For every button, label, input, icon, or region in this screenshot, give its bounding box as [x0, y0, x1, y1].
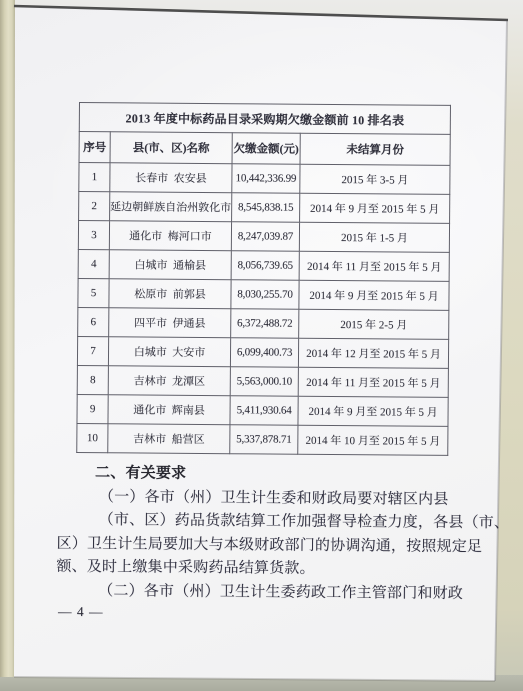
cell-name: 吉林市 船营区 — [108, 424, 230, 454]
cell-rank: 8 — [77, 365, 108, 394]
cell-months: 2014 年 11 月至 2015 年 5 月 — [299, 251, 449, 281]
cell-name: 白城市 大安市 — [108, 337, 230, 367]
col-header-amount: 欠缴金额(元) — [232, 133, 300, 165]
cell-rank: 6 — [78, 307, 109, 336]
cell-rank: 1 — [79, 163, 110, 192]
cell-amount: 5,563,000.10 — [230, 367, 298, 397]
cell-name: 长春市 农安县 — [110, 163, 232, 193]
cell-months: 2014 年 9 月至 2015 年 5 月 — [298, 396, 448, 426]
cell-amount: 10,442,336.99 — [232, 164, 300, 194]
cell-months: 2014 年 9 月至 2015 年 5 月 — [300, 193, 450, 223]
cell-months: 2014 年 12 月至 2015 年 5 月 — [298, 338, 448, 368]
cell-amount: 6,372,488.72 — [231, 309, 299, 339]
table-row: 1 长春市 农安县 10,442,336.99 2015 年 3-5 月 — [79, 163, 450, 195]
table-row: 9 通化市 辉南县 5,411,930.64 2014 年 9 月至 2015 … — [77, 394, 448, 426]
cell-name: 白城市 通榆县 — [109, 250, 231, 280]
body-text-line: 区）卫生计生局要加大与本级财政部门的协调沟通，按照规定足 — [56, 533, 476, 560]
cell-name: 吉林市 龙潭区 — [108, 366, 230, 396]
col-header-name: 县(市、区)名称 — [110, 132, 232, 164]
cell-amount: 8,247,039.87 — [231, 222, 299, 252]
cell-amount: 6,099,400.73 — [230, 338, 298, 368]
cell-amount: 8,056,739.65 — [231, 251, 299, 281]
body-text-line: （市、区）药品货款结算工作加强督导检查力度，各县（市、 — [57, 509, 477, 536]
body-text-line: 额、及时上缴集中采购药品结算货款。 — [56, 556, 476, 583]
body-text-line: （二）各市（州）卫生计生委药政工作主管部门和财政 — [56, 579, 476, 606]
table-row: 2 延边朝鲜族自治州敦化市 8,545,838.15 2014 年 9 月至 2… — [79, 192, 450, 224]
table-header-row: 序号 县(市、区)名称 欠缴金额(元) 未结算月份 — [79, 132, 450, 166]
cell-amount: 5,411,930.64 — [230, 396, 298, 426]
cell-rank: 9 — [77, 394, 108, 423]
cell-rank: 2 — [79, 192, 110, 221]
ranking-table: 2013 年度中标药品目录采购期欠缴金额前 10 排名表 序号 县(市、区)名称… — [76, 102, 451, 456]
cell-months: 2015 年 2-5 月 — [299, 309, 449, 339]
table-row: 8 吉林市 龙潭区 5,563,000.10 2014 年 11 月至 2015… — [77, 365, 448, 397]
table-row: 6 四平市 伊通县 6,372,488.72 2015 年 2-5 月 — [78, 307, 449, 339]
table-row: 5 松原市 前郭县 8,030,255.70 2014 年 9 月至 2015 … — [78, 278, 449, 310]
cell-name: 四平市 伊通县 — [109, 308, 231, 338]
cell-amount: 8,545,838.15 — [232, 193, 300, 223]
cell-months: 2015 年 1-5 月 — [299, 222, 449, 252]
scanned-page: 2013 年度中标药品目录采购期欠缴金额前 10 排名表 序号 县(市、区)名称… — [0, 0, 523, 691]
cell-amount: 5,337,878.71 — [230, 425, 298, 455]
cell-rank: 10 — [77, 423, 108, 452]
cell-rank: 4 — [78, 249, 109, 278]
cell-months: 2015 年 3-5 月 — [300, 164, 450, 194]
requirements-heading: 二、有关要求 — [57, 461, 477, 489]
table-title-row: 2013 年度中标药品目录采购期欠缴金额前 10 排名表 — [79, 103, 450, 135]
cell-months: 2014 年 9 月至 2015 年 5 月 — [299, 280, 449, 310]
cell-name: 通化市 梅河口市 — [109, 221, 231, 251]
cell-rank: 7 — [77, 336, 108, 365]
cell-name: 延边朝鲜族自治州敦化市 — [110, 192, 232, 222]
table-row: 10 吉林市 船营区 5,337,878.71 2014 年 10 月至 201… — [77, 423, 448, 455]
cell-name: 通化市 辉南县 — [108, 395, 230, 425]
cell-name: 松原市 前郭县 — [109, 279, 231, 309]
page-number: — 4 — — [58, 604, 104, 620]
cell-months: 2014 年 10 月至 2015 年 5 月 — [298, 425, 448, 455]
requirements-section: 二、有关要求 （一）各市（州）卫生计生委和财政局要对辖区内县 （市、区）药品货款… — [56, 461, 477, 606]
cell-months: 2014 年 11 月至 2015 年 5 月 — [298, 367, 448, 397]
table-row: 7 白城市 大安市 6,099,400.73 2014 年 12 月至 2015… — [77, 336, 448, 368]
cell-rank: 5 — [78, 278, 109, 307]
col-header-months: 未结算月份 — [300, 133, 450, 165]
table-title: 2013 年度中标药品目录采购期欠缴金额前 10 排名表 — [79, 103, 450, 135]
table-row: 4 白城市 通榆县 8,056,739.65 2014 年 11 月至 2015… — [78, 249, 449, 281]
body-text-line: （一）各市（州）卫生计生委和财政局要对辖区内县 — [57, 486, 477, 513]
table-row: 3 通化市 梅河口市 8,247,039.87 2015 年 1-5 月 — [78, 221, 449, 253]
page-content: 2013 年度中标药品目录采购期欠缴金额前 10 排名表 序号 县(市、区)名称… — [0, 0, 523, 691]
col-header-rank: 序号 — [79, 132, 110, 163]
cell-amount: 8,030,255.70 — [231, 280, 299, 310]
cell-rank: 3 — [78, 221, 109, 250]
